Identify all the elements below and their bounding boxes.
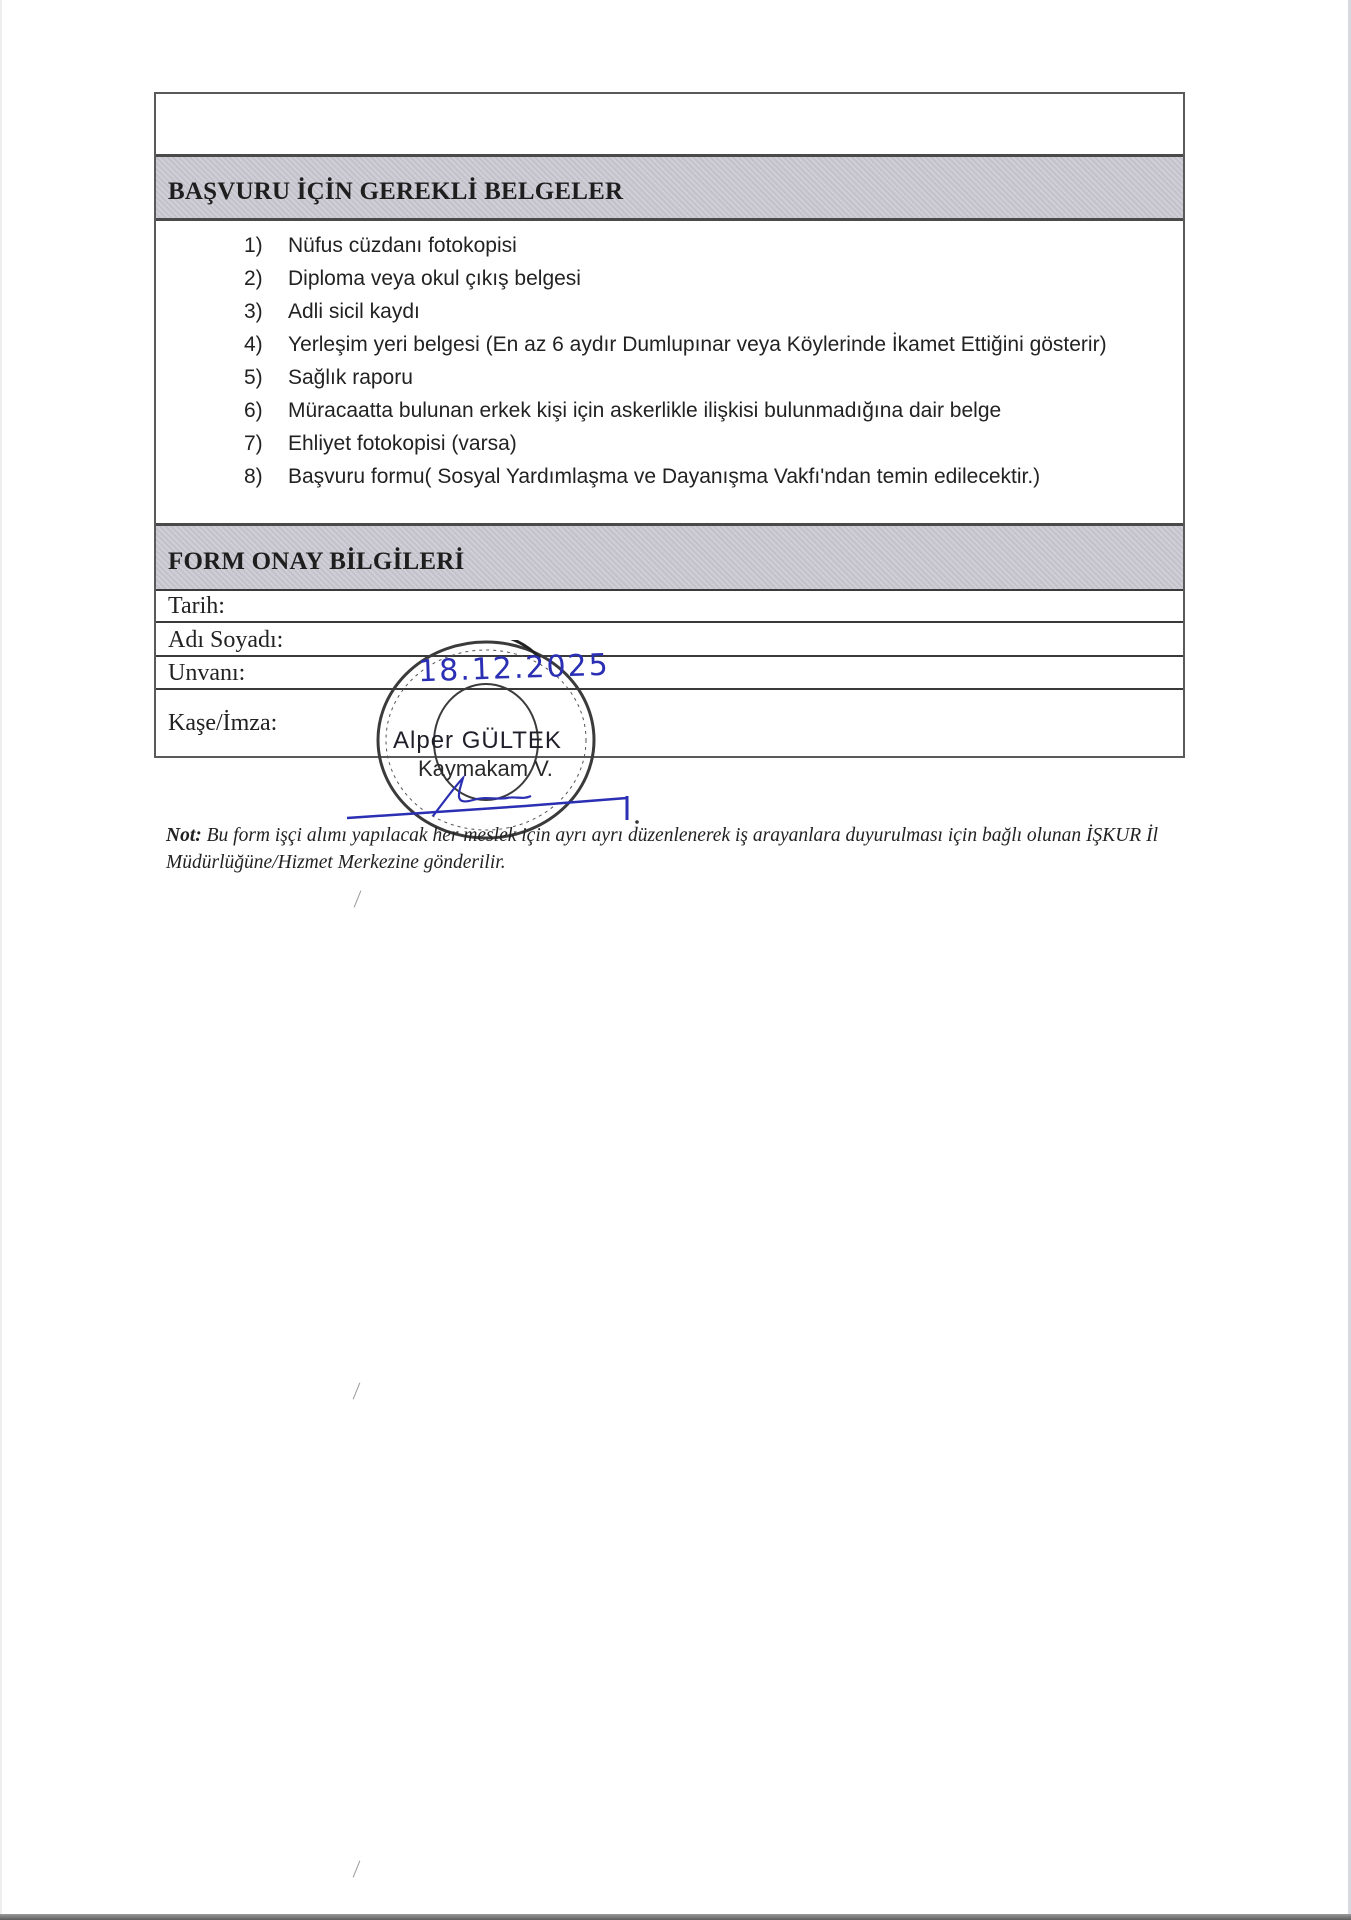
- item-number: 5): [156, 361, 288, 394]
- stamp-signature-row: Kaşe/İmza:: [156, 690, 1183, 758]
- item-text: Başvuru formu( Sosyal Yardımlaşma ve Day…: [288, 460, 1168, 493]
- name-row: Adı Soyadı:: [156, 623, 1183, 657]
- list-item: 5) Sağlık raporu: [156, 361, 1183, 394]
- footnote: Not: Bu form işçi alımı yapılacak her me…: [166, 822, 1206, 876]
- stray-pen-mark: [354, 890, 362, 907]
- item-number: 4): [156, 328, 288, 361]
- stamp-title: Kaymakam V.: [418, 756, 553, 782]
- stamp-signature-label: Kaşe/İmza:: [168, 708, 277, 738]
- title-row: Unvanı:: [156, 657, 1183, 690]
- item-number: 2): [156, 262, 288, 295]
- list-item: 8) Başvuru formu( Sosyal Yardımlaşma ve …: [156, 460, 1183, 493]
- blank-top-row: [156, 94, 1183, 157]
- note-text: Bu form işçi alımı yapılacak her meslek …: [166, 825, 1158, 873]
- scan-edge-left: [0, 0, 2, 1914]
- list-item: 6) Müracaatta bulunan erkek kişi için as…: [156, 394, 1183, 427]
- item-text: Yerleşim yeri belgesi (En az 6 aydır Dum…: [288, 328, 1168, 361]
- list-item: 1) Nüfus cüzdanı fotokopisi: [156, 229, 1183, 262]
- item-number: 7): [156, 427, 288, 460]
- list-item: 3) Adli sicil kaydı: [156, 295, 1183, 328]
- list-item: 7) Ehliyet fotokopisi (varsa): [156, 427, 1183, 460]
- item-text: Ehliyet fotokopisi (varsa): [288, 427, 1168, 460]
- application-form-table: BAŞVURU İÇİN GEREKLİ BELGELER 1) Nüfus c…: [154, 92, 1185, 758]
- item-number: 3): [156, 295, 288, 328]
- item-number: 8): [156, 460, 288, 493]
- scan-edge-bottom: [0, 1914, 1351, 1920]
- list-item: 2) Diploma veya okul çıkış belgesi: [156, 262, 1183, 295]
- item-number: 6): [156, 394, 288, 427]
- name-label: Adı Soyadı:: [168, 625, 283, 655]
- item-text: Nüfus cüzdanı fotokopisi: [288, 229, 1168, 262]
- title-label: Unvanı:: [168, 658, 245, 688]
- handwritten-date: 18.12.2025: [417, 648, 610, 690]
- form-approval-title: FORM ONAY BİLGİLERİ: [168, 548, 464, 576]
- date-label: Tarih:: [168, 591, 225, 621]
- required-documents-title: BAŞVURU İÇİN GEREKLİ BELGELER: [168, 178, 623, 206]
- item-text: Adli sicil kaydı: [288, 295, 1168, 328]
- required-documents-list: 1) Nüfus cüzdanı fotokopisi 2) Diploma v…: [156, 221, 1183, 526]
- item-text: Müracaatta bulunan erkek kişi için asker…: [288, 394, 1168, 427]
- stray-pen-mark: [353, 1860, 361, 1877]
- stamp-name: Alper GÜLTEK: [393, 727, 562, 755]
- date-row: Tarih:: [156, 591, 1183, 623]
- item-text: Sağlık raporu: [288, 361, 1168, 394]
- form-approval-header: FORM ONAY BİLGİLERİ: [156, 526, 1183, 591]
- item-text: Diploma veya okul çıkış belgesi: [288, 262, 1168, 295]
- stray-pen-mark: [353, 1382, 361, 1399]
- note-label: Not:: [166, 825, 202, 846]
- required-documents-header: BAŞVURU İÇİN GEREKLİ BELGELER: [156, 157, 1183, 221]
- item-number: 1): [156, 229, 288, 262]
- list-item: 4) Yerleşim yeri belgesi (En az 6 aydır …: [156, 328, 1183, 361]
